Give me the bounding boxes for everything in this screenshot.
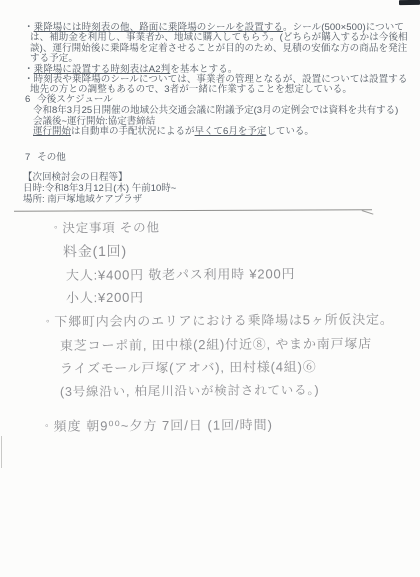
- section-others: 7その他: [25, 149, 66, 163]
- underlined-june: 早くて6月を予定: [195, 126, 267, 137]
- handwritten-line: 頻度 朝9⁰⁰~夕方 7回/日 (1回/時間): [54, 417, 274, 434]
- next-meeting-info: 【次回検討会の日程等】 日時:令和8年3月12日(木) 午前10時~ 場所: 南…: [23, 172, 403, 205]
- section6-heading: 6今後スケジュール: [25, 95, 411, 105]
- next-meeting-place: 場所: 南戸塚地域ケアプラザ: [23, 194, 403, 205]
- next-meeting-datetime: 日時:令和8年3月12日(木) 午前10時~: [23, 183, 403, 194]
- scan-corner-artifact: [399, 0, 420, 5]
- meeting-notes-bullets: ・乗降場には時刻表の他、路面に乗降場のシールを設置する。シール(500×500)…: [24, 23, 410, 96]
- handwritten-bullet: ◦: [54, 222, 58, 233]
- bullet-underlined-text: 乗降場に設置する時刻表はA2判: [34, 64, 171, 75]
- handwritten-line: 料金(1回): [63, 243, 127, 259]
- bullet-marker: ・: [24, 64, 34, 75]
- handwritten-decided-items: ◦決定事項 その他: [54, 218, 160, 237]
- handwritten-line: (3号線沿い, 柏尾川沿いが検討されている。): [60, 383, 319, 399]
- handwritten-line: 東芝コーポ前, 田中様(2組)付近⑧, やまか南戸塚店: [60, 336, 372, 353]
- handwritten-fare-title: 料金(1回): [63, 241, 127, 261]
- handwritten-line: 決定事項 その他: [62, 221, 159, 236]
- handwritten-stops-list-2: ライズモール戸塚(アオバ), 田村様(4組)⑥: [60, 356, 317, 377]
- bullet-text: を基本とする。: [170, 64, 237, 75]
- handwritten-line: 下郷町内会内のエリアにおける乗降場は5ヶ所仮決定。: [54, 312, 393, 329]
- handwritten-bullet: ◦: [46, 316, 50, 327]
- handwritten-stops-decision: ◦下郷町内会内のエリアにおける乗降場は5ヶ所仮決定。: [46, 309, 394, 330]
- scan-edge-artifact: [1, 436, 2, 468]
- bullet-item-seal-placement: ・乗降場には時刻表の他、路面に乗降場のシールを設置する。シール(500×500)…: [24, 23, 410, 65]
- scanned-document-page: ・乗降場には時刻表の他、路面に乗降場のシールを設置する。シール(500×500)…: [0, 0, 420, 577]
- bullet-item-management: ・時刻表や乗降場のシールについては、事業者の管理となるが、設置については設置する…: [24, 75, 410, 96]
- section7-number: 7: [25, 152, 30, 163]
- handwritten-bullet: ◦: [45, 421, 50, 432]
- line-middle: は自動車の手配状況によるが: [71, 126, 195, 137]
- section7-title: その他: [37, 152, 66, 163]
- divider-end-hook: [362, 210, 374, 215]
- handwritten-frequency: ◦頻度 朝9⁰⁰~夕方 7回/日 (1回/時間): [45, 414, 273, 435]
- handwritten-stops-remark: (3号線沿い, 柏尾川沿いが検討されている。): [60, 380, 319, 400]
- handwritten-line: 小人:¥200円: [66, 290, 144, 306]
- handwritten-fare-adult: 大人:¥400円 敬老パス利用時 ¥200円: [66, 263, 295, 284]
- section6-number: 6: [25, 94, 30, 105]
- handwritten-line: 大人:¥400円 敬老パス利用時 ¥200円: [66, 266, 295, 283]
- underlined-start: 運行開始: [33, 126, 71, 137]
- bullet-text: 時刻表や乗降場のシールについては、事業者の管理となるが、設置については設置する地…: [30, 74, 407, 95]
- next-meeting-header: 【次回検討会の日程等】: [23, 172, 403, 183]
- handwritten-line: ライズモール戸塚(アオバ), 田村様(4組)⑥: [60, 359, 317, 376]
- section-future-schedule: 6今後スケジュール 令和8年3月25日開催の地域公共交通会議に附議予定(3月の定…: [25, 95, 411, 138]
- section7-heading: 7その他: [25, 149, 66, 163]
- section6-title: 今後スケジュール: [37, 94, 112, 105]
- line-end: している。: [266, 126, 314, 137]
- handdrawn-divider-line: [14, 209, 372, 212]
- section6-line-start: 運行開始は自動車の手配状況によるが早くて6月を予定している。: [25, 127, 411, 137]
- handwritten-stops-list-1: 東芝コーポ前, 田中様(2組)付近⑧, やまか南戸塚店: [60, 333, 372, 354]
- handwritten-fare-child: 小人:¥200円: [66, 287, 144, 307]
